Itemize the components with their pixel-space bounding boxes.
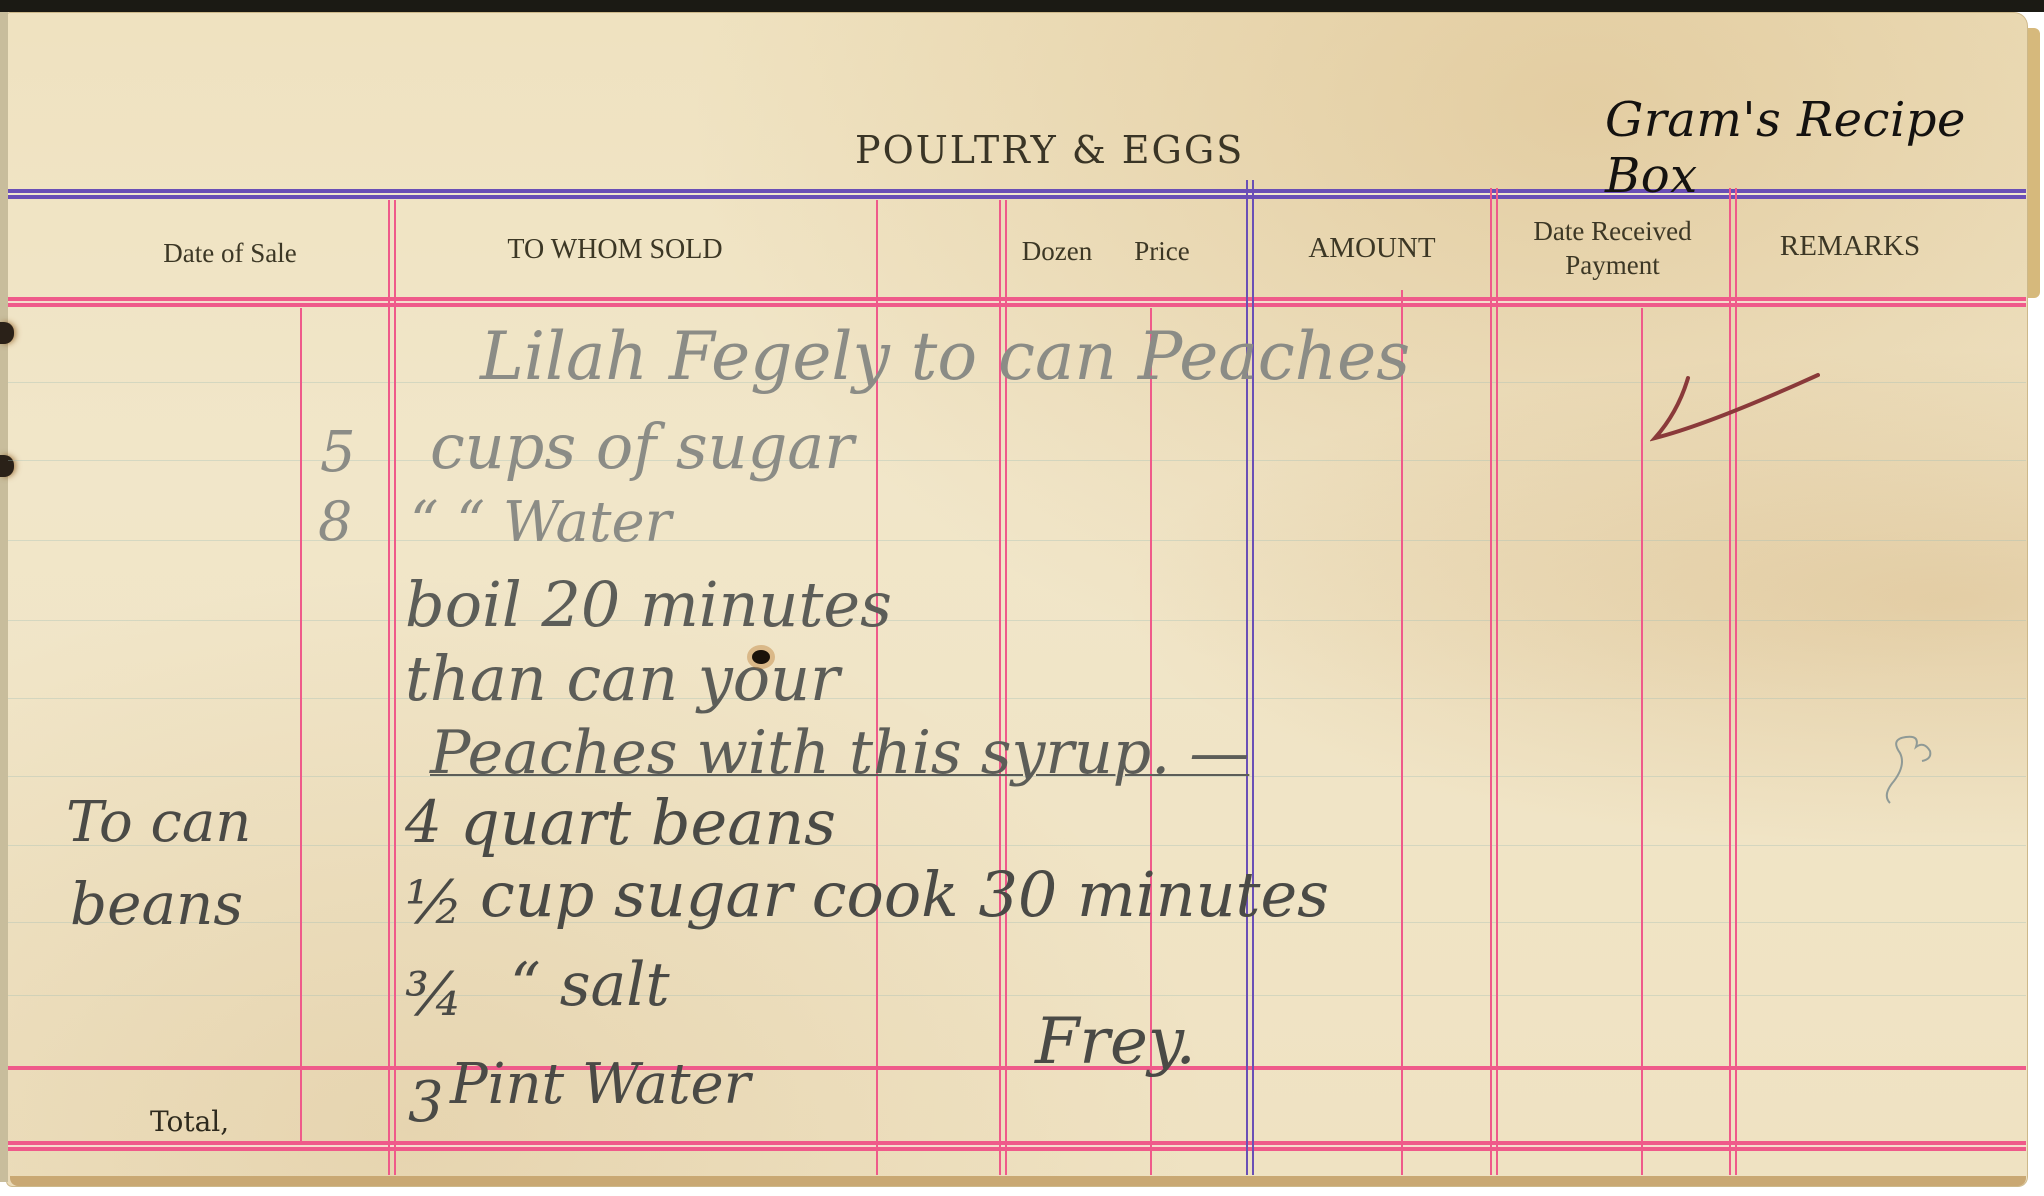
scan-top-shadow	[0, 0, 2044, 12]
ruled-line	[8, 620, 2026, 621]
check-mark-icon	[1650, 372, 1820, 452]
line-beans-sugar-cook: cup sugar cook 30 minutes	[480, 858, 1329, 931]
column-rule	[394, 200, 396, 1175]
page-bottom-edge	[10, 1176, 2026, 1186]
line-peaches-syrup: Peaches with this syrup. —	[430, 718, 1249, 788]
ruled-line	[8, 540, 2026, 541]
header-date-received: Date Received	[1500, 216, 1725, 247]
ruled-line	[8, 460, 2026, 461]
column-rule	[1401, 290, 1403, 1175]
column-rule	[388, 200, 390, 1175]
qty-peaches-sugar: 5	[320, 420, 356, 485]
line-peaches-water: “ “ Water	[410, 490, 671, 555]
brand-watermark: Gram's Recipe Box	[1605, 92, 2044, 204]
header-price: Price	[1122, 236, 1202, 267]
binding-spine	[0, 12, 8, 1182]
line-peaches-boil: boil 20 minutes	[405, 568, 892, 641]
recipe-title-peaches: Lilah Fegely to can Peaches	[480, 318, 1410, 395]
header-bottom-rule	[8, 297, 2026, 307]
margin-to-can: To can	[66, 790, 251, 855]
line-beans-quart: quart beans	[460, 786, 836, 859]
column-rule	[1490, 188, 1492, 1175]
header-payment: Payment	[1500, 250, 1725, 281]
ruled-line	[8, 845, 2026, 846]
pencil-doodle-icon	[1880, 735, 1950, 815]
total-label: Total,	[150, 1105, 229, 1138]
column-rule	[1641, 308, 1643, 1175]
column-rule	[1729, 188, 1731, 1175]
header-date-of-sale: Date of Sale	[140, 238, 320, 269]
column-rule	[300, 308, 302, 1142]
header-to-whom-sold: TO WHOM SOLD	[470, 234, 760, 266]
ledger-title: POULTRY & EGGS	[855, 128, 1244, 172]
line-peaches-sugar: cups of sugar	[430, 410, 854, 483]
header-amount: AMOUNT	[1262, 232, 1482, 265]
qty-beans: 4	[405, 788, 442, 856]
total-top-rule	[8, 1066, 2026, 1070]
burn-mark	[752, 650, 770, 664]
column-rule	[1496, 188, 1498, 1175]
ruled-line	[8, 698, 2026, 699]
header-dozen: Dozen	[1012, 236, 1102, 267]
qty-beans-sugar: ½	[405, 868, 463, 938]
qty-beans-salt: ¾	[405, 960, 463, 1030]
qty-beans-water: 3	[408, 1070, 444, 1135]
total-bottom-rule	[8, 1141, 2026, 1151]
column-rule	[1735, 188, 1737, 1175]
line-beans-water: Pint Water	[450, 1052, 750, 1117]
qty-peaches-water: 8	[318, 490, 352, 553]
line-beans-salt: “ salt	[510, 950, 670, 1020]
header-remarks: REMARKS	[1740, 230, 1960, 263]
margin-beans: beans	[70, 870, 243, 938]
signature: Frey.	[1035, 1005, 1196, 1079]
line-peaches-can: than can your	[405, 642, 840, 715]
ruled-line	[8, 995, 2026, 996]
